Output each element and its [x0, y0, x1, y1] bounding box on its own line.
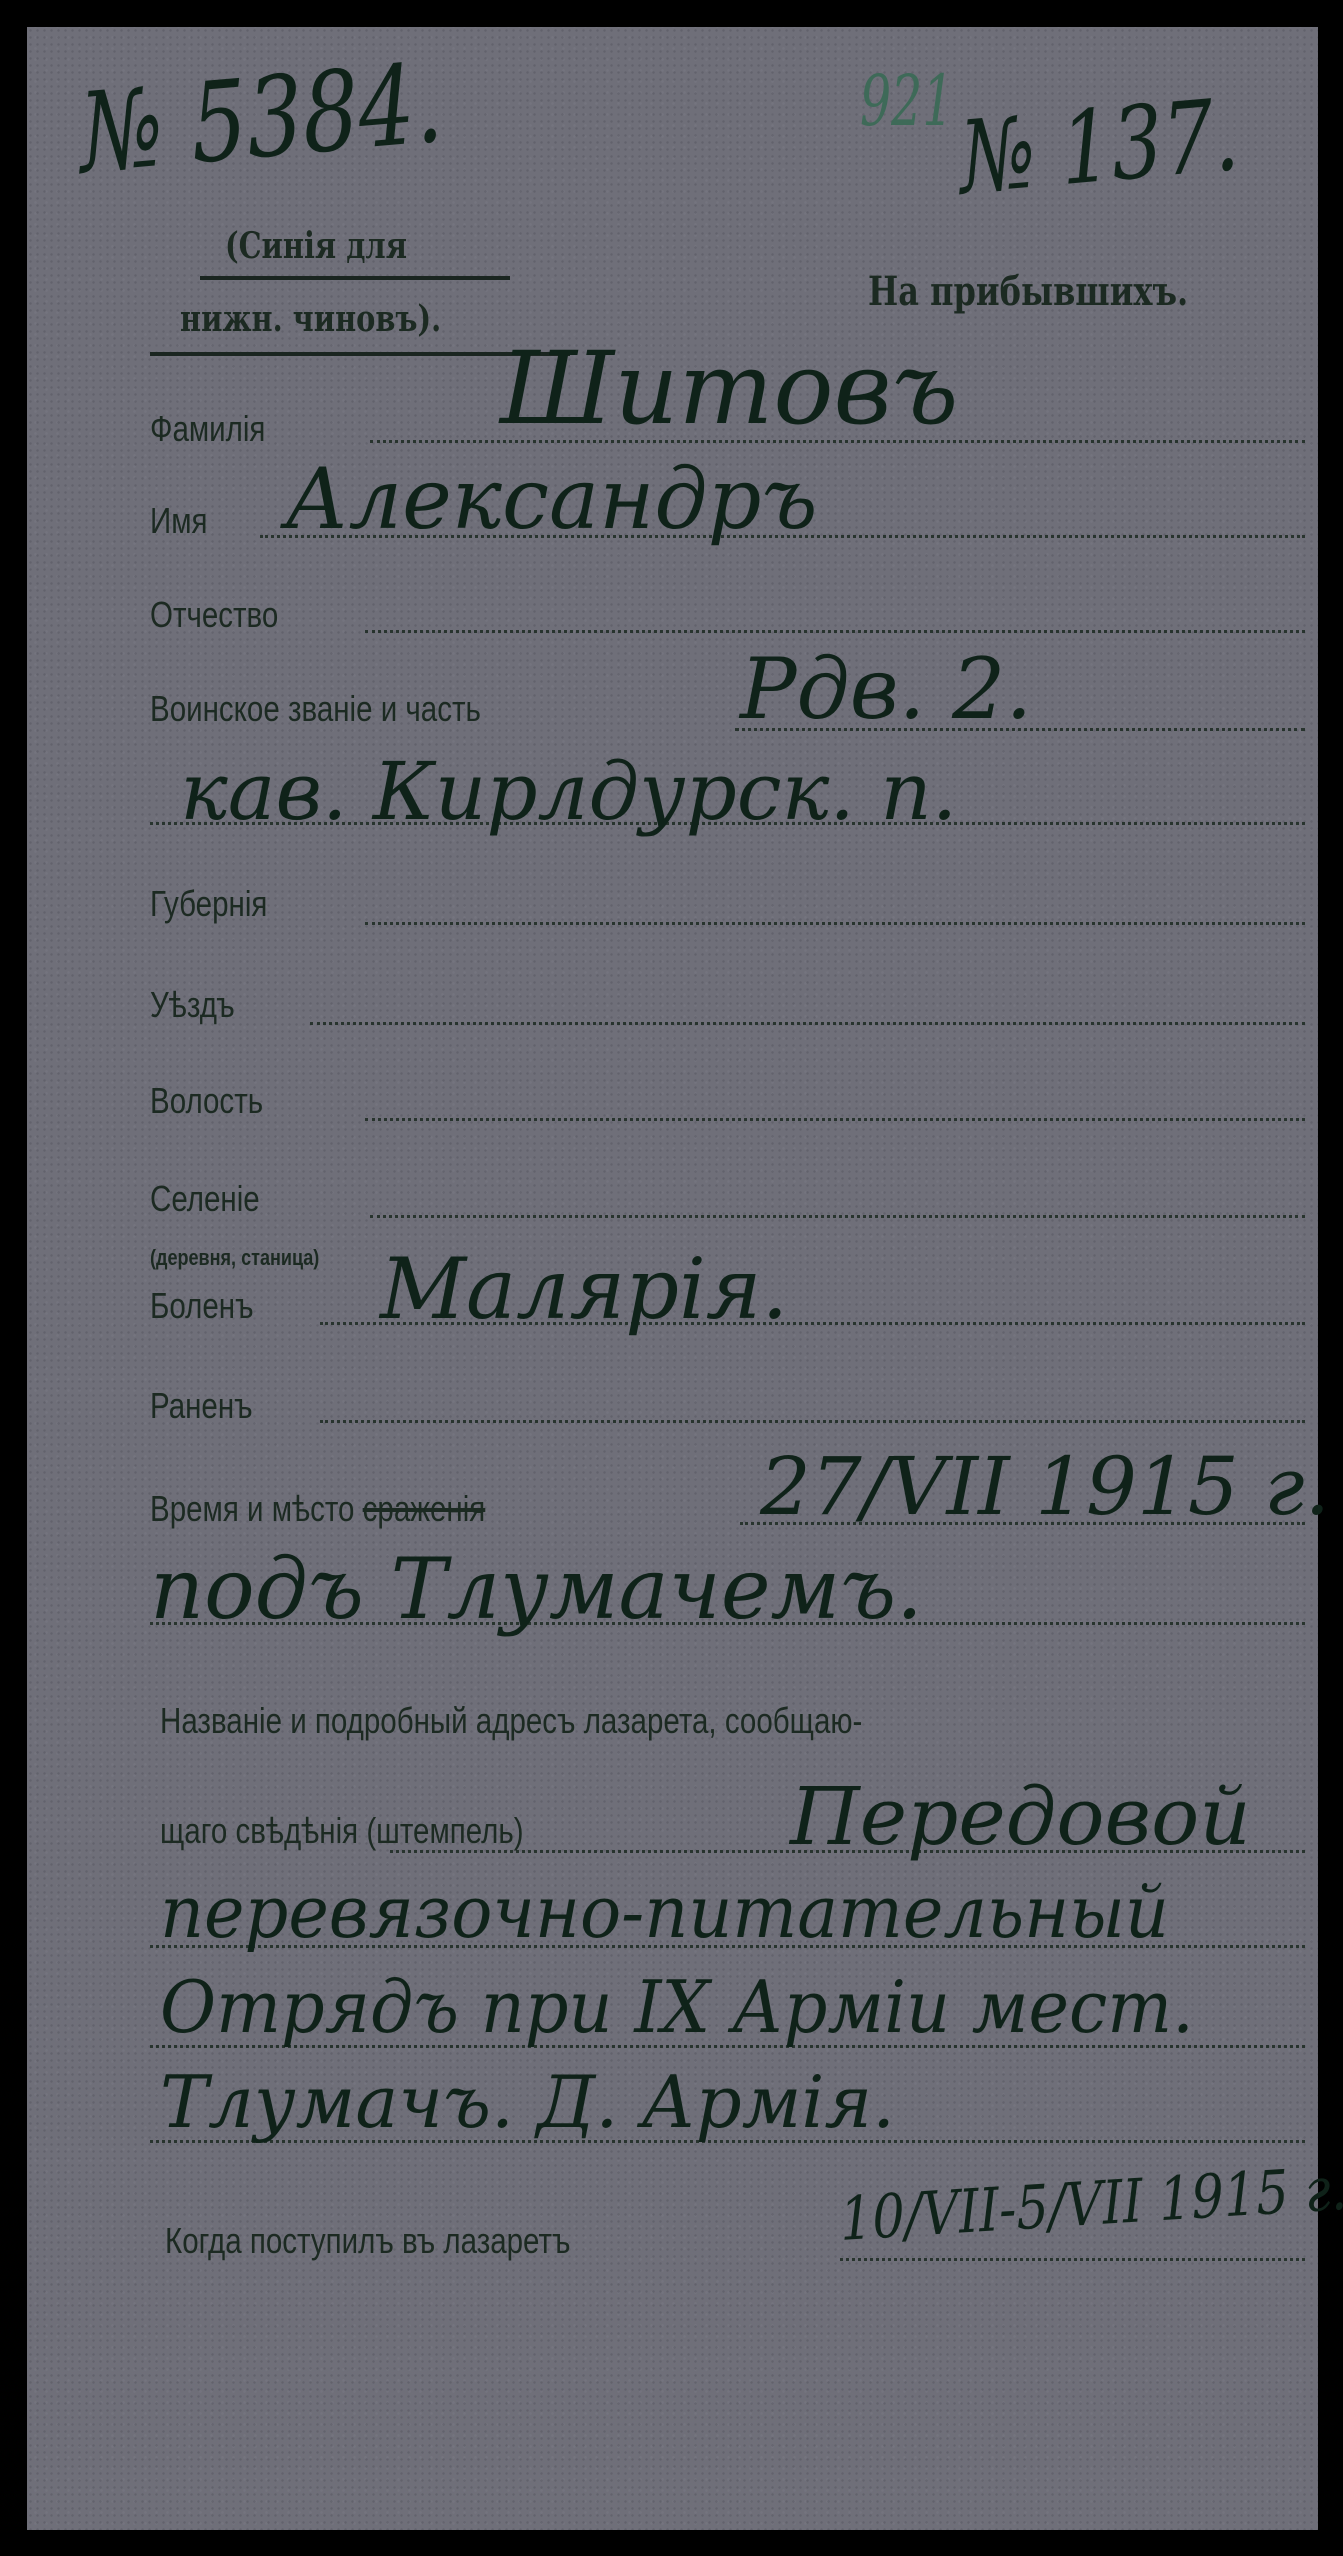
rank-unit-value-2: кав. Кирлдурск. п. — [180, 745, 957, 838]
hospital-value-2: перевязочно-питательный — [160, 1870, 1169, 1954]
hospital-value-1: Передовой — [790, 1770, 1251, 1863]
time-place-value-2: подъ Тлумачемъ. — [150, 1540, 923, 1638]
village-line — [370, 1215, 1305, 1218]
patronymic-label: Отчество — [150, 594, 278, 636]
card-number-pencil: 921 — [860, 60, 954, 142]
admission-line — [840, 2258, 1305, 2261]
wounded-line — [320, 1420, 1305, 1423]
hospital-label-1: Названіе и подробный адресъ лазарета, со… — [160, 1700, 862, 1742]
time-place-label-text: Время и мѣсто — [150, 1488, 354, 1529]
time-place-struck-word: сраженія — [363, 1488, 486, 1529]
wounded-label: Раненъ — [150, 1385, 253, 1427]
volost-line — [365, 1118, 1305, 1121]
village-label: Селеніе — [150, 1178, 260, 1220]
patronymic-line — [365, 630, 1305, 633]
hospital-value-4: Тлумачъ. Д. Армія. — [160, 2060, 895, 2144]
category-label: На прибывшихъ. — [868, 268, 1188, 315]
first-name-value: Александръ — [285, 450, 817, 548]
copy-label-line2: нижн. чиновъ). — [180, 298, 441, 340]
province-label: Губернія — [150, 883, 267, 925]
surname-value: Шитовъ — [500, 330, 958, 447]
admission-label: Когда поступилъ въ лазаретъ — [165, 2220, 570, 2262]
province-line — [365, 922, 1305, 925]
hospital-value-3: Отрядъ при IX Арміи мест. — [160, 1965, 1194, 2049]
ill-value: Малярія. — [380, 1240, 788, 1338]
volost-label: Волость — [150, 1080, 263, 1122]
surname-label: Фамилія — [150, 408, 265, 450]
rank-unit-label: Воинское званіе и часть — [150, 688, 481, 730]
district-line — [310, 1022, 1305, 1025]
card-number-right: № 137. — [957, 76, 1242, 217]
copy-label-line1: (Синія для — [225, 225, 407, 267]
copy-label-rule-1 — [200, 276, 510, 280]
district-label: Уѣздъ — [150, 984, 235, 1026]
hospital-label-2: щаго свѣдѣнія (штемпель) — [160, 1810, 524, 1852]
ill-label: Боленъ — [150, 1285, 254, 1327]
time-place-label: Время и мѣсто сраженія — [150, 1488, 485, 1530]
rank-unit-value-1: Рдв. 2. — [740, 640, 1032, 738]
village-sublabel: (деревня, станица) — [150, 1245, 319, 1271]
first-name-label: Имя — [150, 500, 208, 542]
time-place-value-1: 27/VII 1915 г. — [760, 1440, 1330, 1533]
